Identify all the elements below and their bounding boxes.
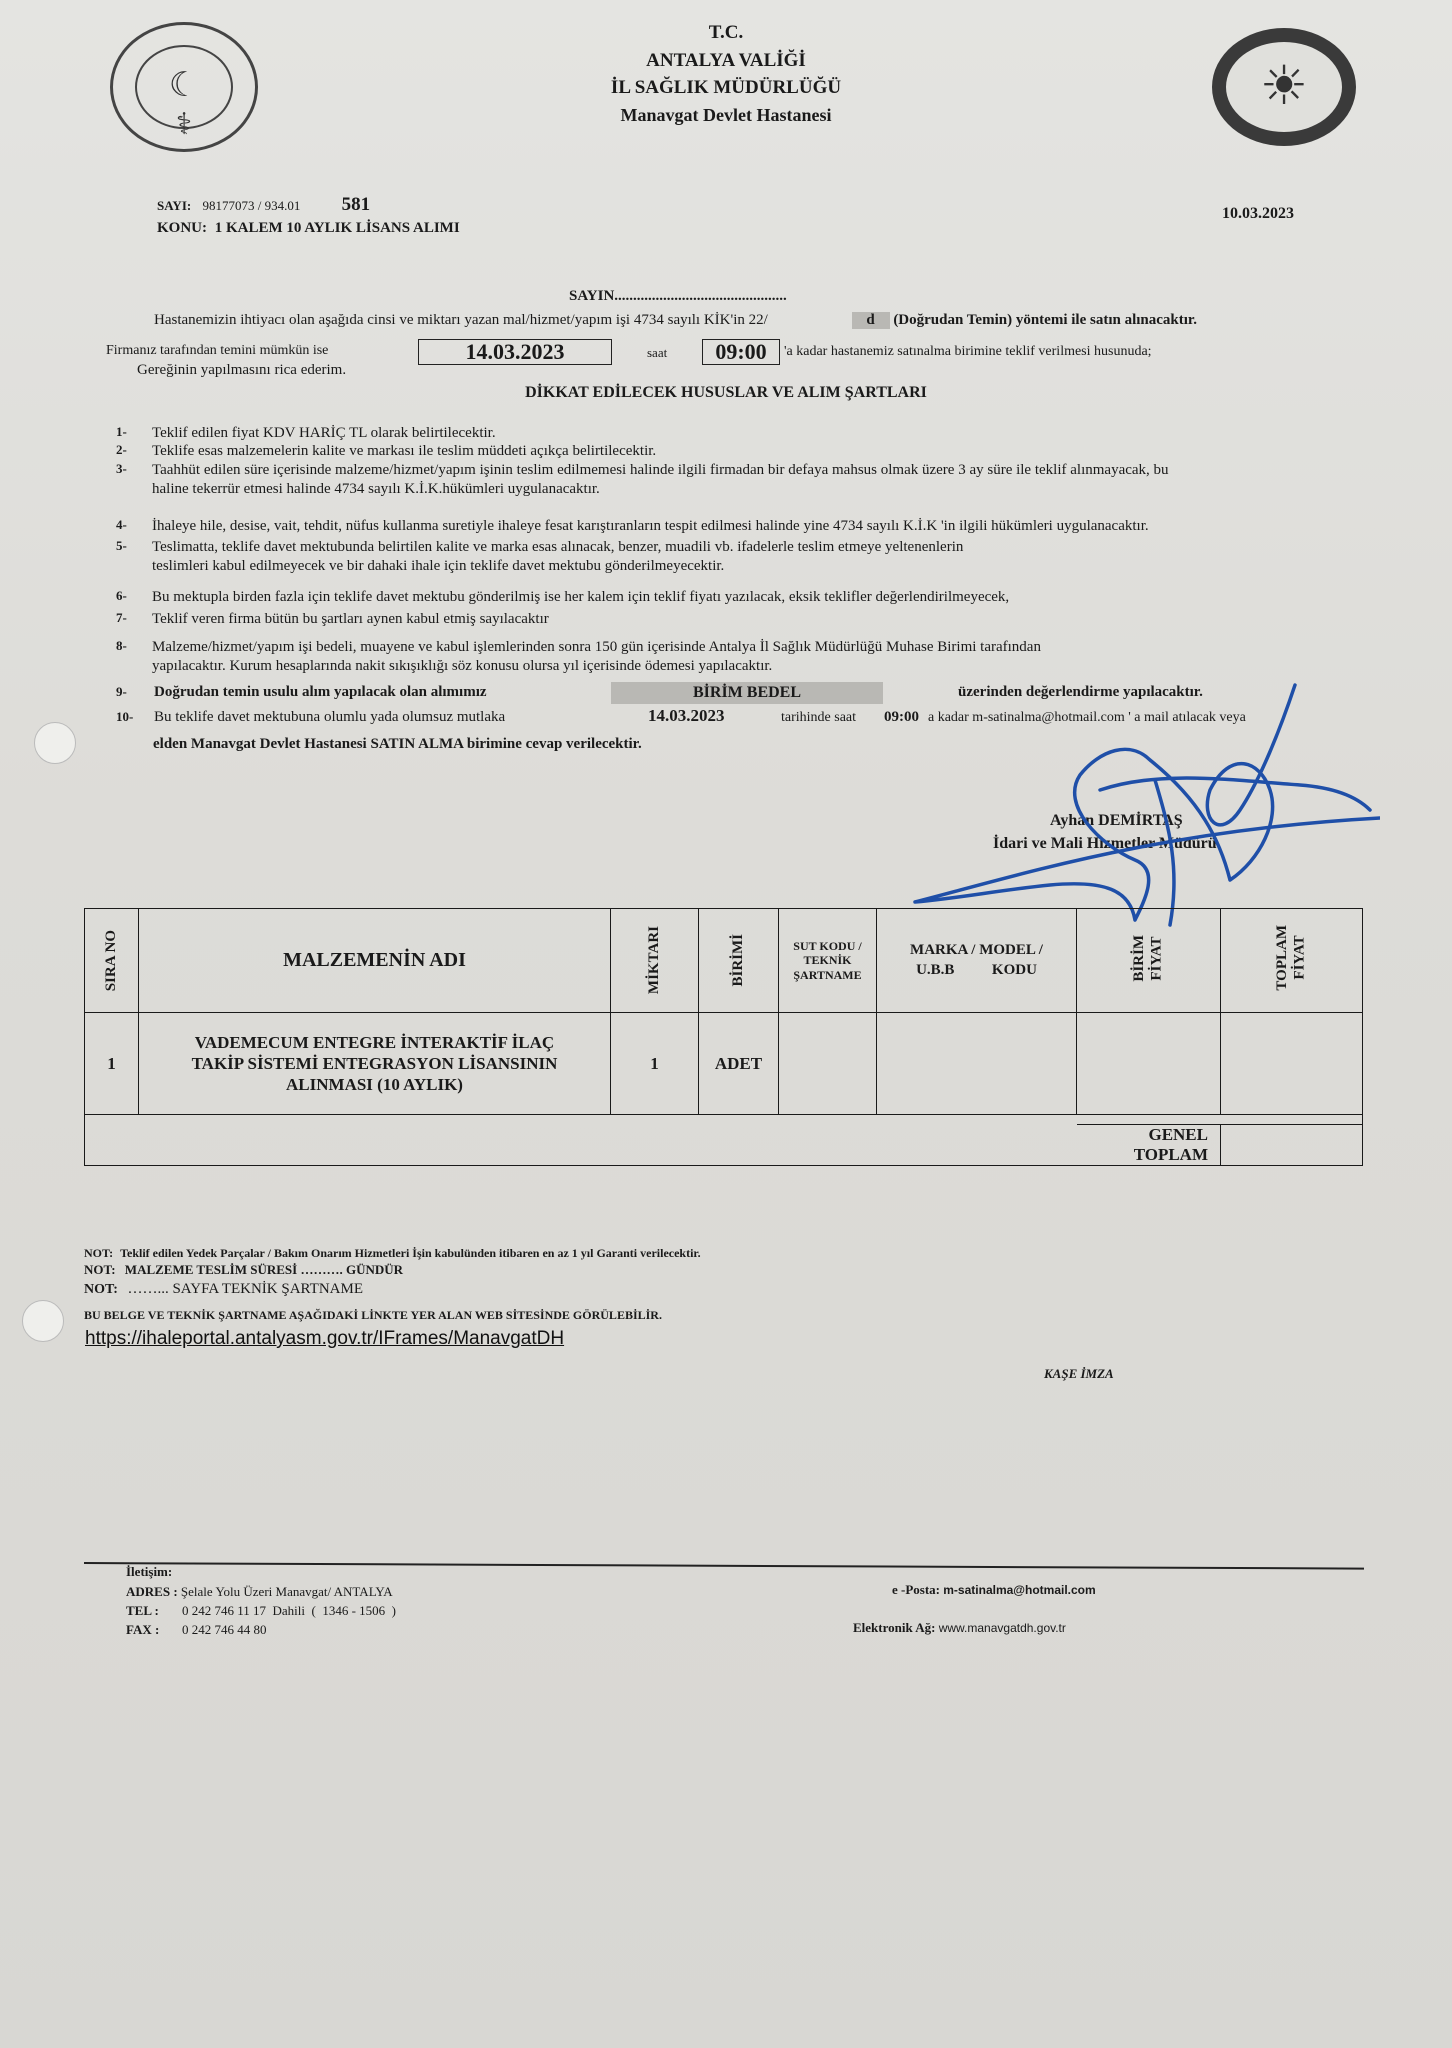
cell-birim-fiyat[interactable] — [1077, 1013, 1221, 1115]
footer-divider — [84, 1562, 1364, 1570]
footer-email-link[interactable]: m-satinalma@hotmail.com — [943, 1583, 1095, 1597]
birim-bedel-highlight: BİRİM BEDEL — [611, 682, 883, 704]
konu-label: KONU: — [157, 220, 207, 236]
konu-value: 1 KALEM 10 AYLIK LİSANS ALIMI — [215, 220, 460, 236]
genel-toplam-label: GENEL TOPLAM — [1077, 1125, 1221, 1166]
condition-item-7: 7-Teklif veren firma bütün bu şartları a… — [116, 610, 549, 629]
deadline-date-box: 14.03.2023 — [418, 339, 612, 365]
stamp-signature-label: KAŞE İMZA — [1044, 1366, 1114, 1382]
punch-hole — [22, 1300, 64, 1342]
col-sira-no: SIRA NO — [85, 909, 139, 1013]
condition-item-4: 4-İhaleye hile, desise, vait, tehdit, nü… — [116, 517, 1149, 536]
cell-marka-model[interactable] — [877, 1013, 1077, 1115]
tender-portal-link[interactable]: https://ihaleportal.antalyasm.gov.tr/IFr… — [85, 1328, 564, 1350]
genel-toplam-value[interactable] — [1221, 1125, 1363, 1166]
condition-text: Taahhüt edilen süre içerisinde malzeme/h… — [152, 461, 1169, 480]
intro-line-2a: Firmanız tarafından temini mümkün ise — [106, 343, 328, 359]
condition-text: İhaleye hile, desise, vait, tehdit, nüfu… — [152, 517, 1149, 536]
condition-text: haline tekerrür etmesi halinde 4734 sayı… — [152, 480, 1169, 499]
condition-text: Teklif edilen fiyat KDV HARİÇ TL olarak … — [152, 424, 496, 443]
condition-item-3: 3-Taahhüt edilen süre içerisinde malzeme… — [116, 461, 1169, 499]
footer-address: ADRES : Şelale Yolu Üzeri Manavgat/ ANTA… — [126, 1584, 393, 1600]
intro-line-1: Hastanemizin ihtiyacı olan aşağıda cinsi… — [154, 312, 1197, 329]
item10-text-b: tarihinde saat — [781, 710, 856, 726]
sayi-label: SAYI: — [157, 198, 191, 213]
punch-hole — [34, 722, 76, 764]
note-2: NOT: MALZEME TESLİM SÜRESİ ………. GÜNDÜR — [84, 1262, 403, 1278]
condition-text: teslimleri kabul edilmeyecek ve bir daha… — [152, 557, 963, 576]
cell-sut-kodu[interactable] — [779, 1013, 877, 1115]
items-table: SIRA NO MALZEMENİN ADI MİKTARI BİRİMİ SU… — [84, 908, 1363, 1166]
footer-website: Elektronik Ağ: www.manavgatdh.gov.tr — [853, 1620, 1066, 1636]
footer-email: e -Posta: m-satinalma@hotmail.com — [892, 1582, 1096, 1598]
footer-fax: FAX :0 242 746 44 80 — [126, 1622, 267, 1638]
cell-birimi: ADET — [699, 1013, 779, 1115]
condition-item-6: 6-Bu mektupla birden fazla için teklife … — [116, 588, 1009, 607]
sayi-value: 98177073 / 934.01 — [202, 198, 300, 213]
header-directorate: İL SAĞLIK MÜDÜRLÜĞÜ — [0, 77, 1452, 99]
sayi-number: 581 — [342, 194, 371, 215]
table-spacer-row — [85, 1115, 1363, 1125]
cell-miktari: 1 — [611, 1013, 699, 1115]
condition-text: Teklif veren firma bütün bu şartları ayn… — [152, 610, 549, 629]
deadline-time-box: 09:00 — [702, 339, 780, 365]
intro-line-2b: 'a kadar hastanemiz satınalma birimine t… — [784, 344, 1152, 360]
intro-line-3: Gereğinin yapılmasını rica ederim. — [137, 362, 346, 379]
table-row: 1 VADEMECUM ENTEGRE İNTERAKTİF İLAÇ TAKİ… — [85, 1013, 1363, 1115]
saat-label: saat — [647, 345, 667, 361]
document-date: 10.03.2023 — [1222, 205, 1294, 223]
col-marka-model: MARKA / MODEL / U.B.B KODU — [877, 909, 1077, 1013]
header-hospital: Manavgat Devlet Hastanesi — [0, 105, 1452, 126]
sayin-line: SAYIN...................................… — [569, 288, 787, 305]
col-birim-fiyat: BİRİM FİYAT — [1077, 909, 1221, 1013]
condition-text: Teslimatta, teklife davet mektubunda bel… — [152, 538, 963, 557]
conditions-title: DİKKAT EDİLECEK HUSUSLAR VE ALIM ŞARTLAR… — [0, 384, 1452, 402]
condition-text: Teklife esas malzemelerin kalite ve mark… — [152, 442, 656, 461]
header-tc: T.C. — [0, 22, 1452, 44]
note-3: NOT: ……... SAYFA TEKNİK ŞARTNAME — [84, 1281, 363, 1298]
footer-phone: TEL :0 242 746 11 17 Dahili ( 1346 - 150… — [126, 1603, 396, 1619]
header-governorship: ANTALYA VALİĞİ — [0, 50, 1452, 72]
col-sut-kodu: SUT KODU / TEKNİK ŞARTNAME — [779, 909, 877, 1013]
intro-text: Hastanemizin ihtiyacı olan aşağıda cinsi… — [154, 312, 768, 328]
condition-item-2: 2-Teklife esas malzemelerin kalite ve ma… — [116, 442, 656, 461]
cell-malzeme-adi: VADEMECUM ENTEGRE İNTERAKTİF İLAÇ TAKİP … — [139, 1013, 611, 1115]
condition-item-9: 9- Doğrudan temin usulu alım yapılacak o… — [116, 683, 487, 701]
col-malzeme-adi: MALZEMENİN ADI — [139, 909, 611, 1013]
col-birimi: BİRİMİ — [699, 909, 779, 1013]
item10-date: 14.03.2023 — [648, 706, 725, 726]
footer-website-link[interactable]: www.manavgatdh.gov.tr — [939, 1621, 1066, 1635]
web-note: BU BELGE VE TEKNİK ŞARTNAME AŞAĞIDAKİ Lİ… — [84, 1308, 662, 1323]
footer-contact-heading: İletişim: — [126, 1564, 172, 1580]
condition-item-10: 10- Bu teklife davet mektubuna olumlu ya… — [116, 708, 505, 726]
document-page: ☾⚕ ☀ T.C. ANTALYA VALİĞİ İL SAĞLIK MÜDÜR… — [0, 0, 1452, 2048]
col-miktari: MİKTARI — [611, 909, 699, 1013]
cell-sira-no: 1 — [85, 1013, 139, 1115]
table-header-row: SIRA NO MALZEMENİN ADI MİKTARI BİRİMİ SU… — [85, 909, 1363, 1013]
item10-text: Bu teklife davet mektubuna olumlu yada o… — [154, 709, 505, 725]
intro-method: (Doğrudan Temin) yöntemi ile satın alına… — [893, 312, 1197, 328]
col-toplam-fiyat: TOPLAM FİYAT — [1221, 909, 1363, 1013]
handwritten-signature — [900, 640, 1380, 930]
item9-text: Doğrudan temin usulu alım yapılacak olan… — [154, 684, 487, 700]
cell-toplam-fiyat[interactable] — [1221, 1013, 1363, 1115]
condition-item-1: 1-Teklif edilen fiyat KDV HARİÇ TL olara… — [116, 424, 496, 443]
item10-line-2: elden Manavgat Devlet Hastanesi SATIN AL… — [153, 736, 642, 753]
konu-line: KONU: 1 KALEM 10 AYLIK LİSANS ALIMI — [157, 220, 460, 237]
kik-article-letter: d — [852, 312, 890, 329]
condition-item-5: 5-Teslimatta, teklife davet mektubunda b… — [116, 538, 963, 576]
condition-text: Bu mektupla birden fazla için teklife da… — [152, 588, 1009, 607]
sayi-line: SAYI: 98177073 / 934.01 581 — [157, 194, 370, 216]
note-1: NOT: Teklif edilen Yedek Parçalar / Bakı… — [84, 1246, 701, 1261]
